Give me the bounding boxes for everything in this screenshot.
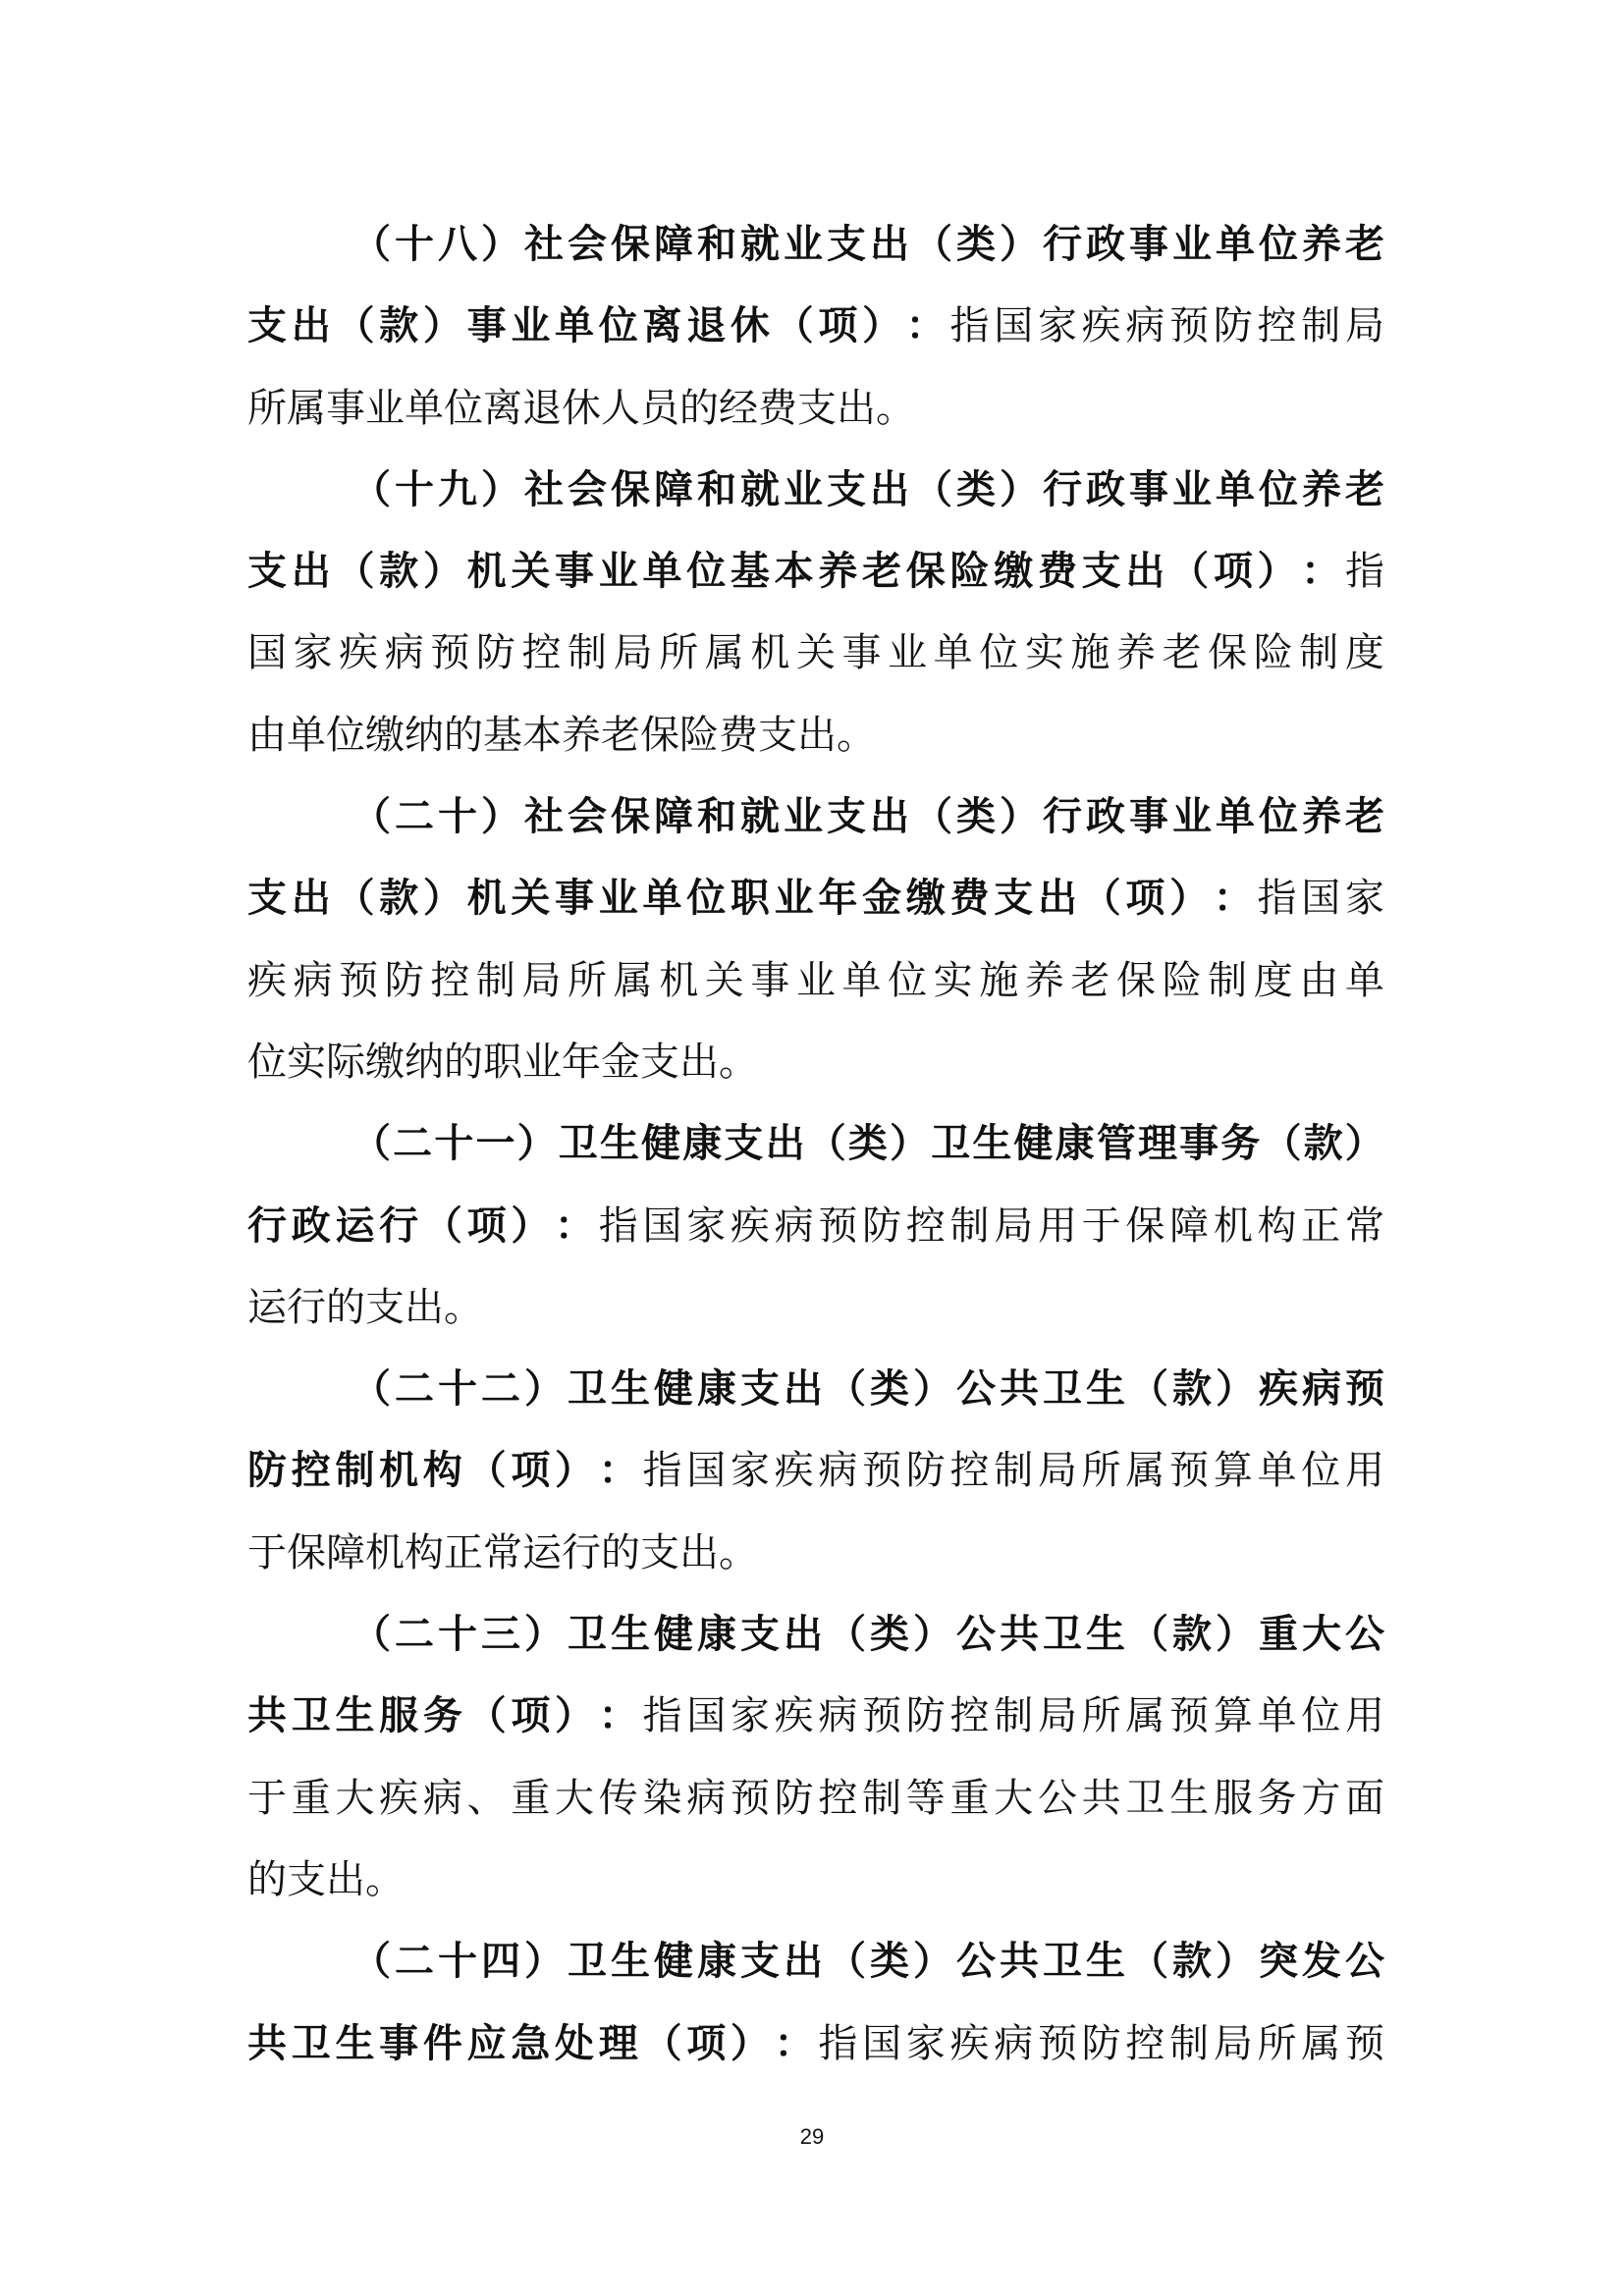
- text-line: 运行的支出。运行的支出。: [247, 1267, 1384, 1349]
- text-line: 共卫生服务（项）：共卫生服务（项）：指国家疾病预防控制局所属预算单位用指国家疾病…: [247, 1676, 1384, 1757]
- paragraph-18: （十八）社会保障和就业支出（类）行政事业单位养老（十八）社会保障和就业支出（类）…: [247, 204, 1384, 450]
- text-line: 行政运行（项）：行政运行（项）：指国家疾病预防控制局用于保障机构正常指国家疾病预…: [247, 1186, 1384, 1267]
- text-line: （二十一）卫生健康支出（类）卫生健康管理事务（款）（二十一）卫生健康支出（类）卫…: [247, 1103, 1384, 1185]
- text-line: （二十）社会保障和就业支出（类）行政事业单位养老（二十）社会保障和就业支出（类）…: [247, 776, 1384, 858]
- text-line: 支出（款）机关事业单位职业年金缴费支出（项）：支出（款）机关事业单位职业年金缴费…: [247, 858, 1384, 939]
- text-line: 的支出。的支出。: [247, 1840, 1384, 1921]
- text-line: 防控制机构（项）：防控制机构（项）：指国家疾病预防控制局所属预算单位用指国家疾病…: [247, 1430, 1384, 1512]
- paragraph-20: （二十）社会保障和就业支出（类）行政事业单位养老（二十）社会保障和就业支出（类）…: [247, 776, 1384, 1103]
- document-page: （十八）社会保障和就业支出（类）行政事业单位养老（十八）社会保障和就业支出（类）…: [0, 0, 1624, 2296]
- text-line: （二十三）卫生健康支出（类）公共卫生（款）重大公（二十三）卫生健康支出（类）公共…: [247, 1594, 1384, 1676]
- paragraph-21: （二十一）卫生健康支出（类）卫生健康管理事务（款）（二十一）卫生健康支出（类）卫…: [247, 1103, 1384, 1349]
- text-line: （二十二）卫生健康支出（类）公共卫生（款）疾病预（二十二）卫生健康支出（类）公共…: [247, 1349, 1384, 1430]
- text-line: （十九）社会保障和就业支出（类）行政事业单位养老（十九）社会保障和就业支出（类）…: [247, 450, 1384, 531]
- text-line: 国家疾病预防控制局所属机关事业单位实施养老保险制度国家疾病预防控制局所属机关事业…: [247, 613, 1384, 694]
- body-text: （十八）社会保障和就业支出（类）行政事业单位养老（十八）社会保障和就业支出（类）…: [247, 204, 1384, 2085]
- paragraph-22: （二十二）卫生健康支出（类）公共卫生（款）疾病预（二十二）卫生健康支出（类）公共…: [247, 1349, 1384, 1594]
- text-line: 支出（款）机关事业单位基本养老保险缴费支出（项）：支出（款）机关事业单位基本养老…: [247, 531, 1384, 613]
- text-line: 由单位缴纳的基本养老保险费支出。由单位缴纳的基本养老保险费支出。: [247, 695, 1384, 776]
- text-line: 于保障机构正常运行的支出。于保障机构正常运行的支出。: [247, 1513, 1384, 1594]
- paragraph-23: （二十三）卫生健康支出（类）公共卫生（款）重大公（二十三）卫生健康支出（类）公共…: [247, 1594, 1384, 1921]
- text-line: 共卫生事件应急处理（项）：共卫生事件应急处理（项）：指国家疾病预防控制局所属预指…: [247, 2003, 1384, 2085]
- text-line: 支出（款）事业单位离退休（项）：支出（款）事业单位离退休（项）：指国家疾病预防控…: [247, 286, 1384, 367]
- page-number: 29: [0, 2124, 1624, 2150]
- paragraph-19: （十九）社会保障和就业支出（类）行政事业单位养老（十九）社会保障和就业支出（类）…: [247, 450, 1384, 776]
- text-line: 疾病预防控制局所属机关事业单位实施养老保险制度由单疾病预防控制局所属机关事业单位…: [247, 940, 1384, 1022]
- text-line: 位实际缴纳的职业年金支出。位实际缴纳的职业年金支出。: [247, 1022, 1384, 1103]
- text-line: （二十四）卫生健康支出（类）公共卫生（款）突发公（二十四）卫生健康支出（类）公共…: [247, 1921, 1384, 2002]
- text-line: 所属事业单位离退休人员的经费支出。所属事业单位离退休人员的经费支出。: [247, 368, 1384, 450]
- text-line: （十八）社会保障和就业支出（类）行政事业单位养老（十八）社会保障和就业支出（类）…: [247, 204, 1384, 286]
- text-line: 于重大疾病、重大传染病预防控制等重大公共卫生服务方面于重大疾病、重大传染病预防控…: [247, 1758, 1384, 1840]
- paragraph-24: （二十四）卫生健康支出（类）公共卫生（款）突发公（二十四）卫生健康支出（类）公共…: [247, 1921, 1384, 2085]
